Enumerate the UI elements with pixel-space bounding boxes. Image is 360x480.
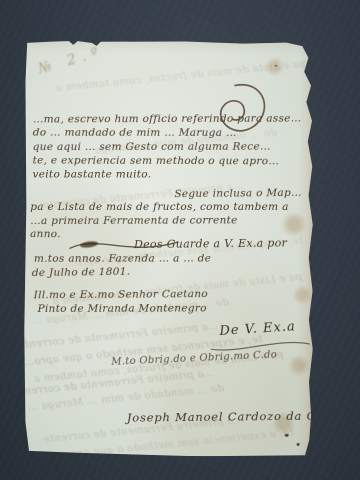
body-line: anno. (30, 228, 61, 240)
closing-line: m.tos annos. Fazenda … a … de (34, 253, 211, 265)
body-line: veito bastante muito. (33, 168, 152, 180)
body-line: do … mandado de mim … Maruga … (33, 127, 237, 139)
ink-speck (274, 65, 277, 67)
body-line: Segue inclusa o Map… (174, 187, 302, 200)
archival-note: № 2.º (36, 44, 105, 78)
body-line: pa e Lista de mais de fructos, como tamb… (30, 201, 288, 213)
signature: Joseph Manoel Cardozo da Cunha (127, 408, 349, 424)
closing-line: Deos Guarde a V. Ex.a por (134, 236, 287, 251)
photo-background: № 2.º pa e Lista de mais de fructos, com… (0, 0, 360, 480)
body-line: …a primeira Ferramenta de corrente (30, 214, 237, 227)
body-line: te, e experiencia sem methodo o que apro… (33, 154, 280, 167)
body-line: que aqui … sem Gesto com alguma Rece… (33, 141, 271, 153)
addressee-line: Ill.mo e Ex.mo Senhor Caetano (34, 288, 208, 301)
ink-speck (297, 443, 300, 446)
addressee-line: Pinto de Miranda Montenegro (38, 302, 207, 315)
ink-speck (285, 434, 289, 437)
valediction: De V. Ex.a (219, 319, 296, 339)
body-line: …ma, escrevo hum officio referindo para … (33, 113, 302, 126)
manuscript-page: № 2.º pa e Lista de mais de fructos, com… (23, 40, 316, 457)
date-line: de Julho de 1801. (32, 266, 131, 279)
